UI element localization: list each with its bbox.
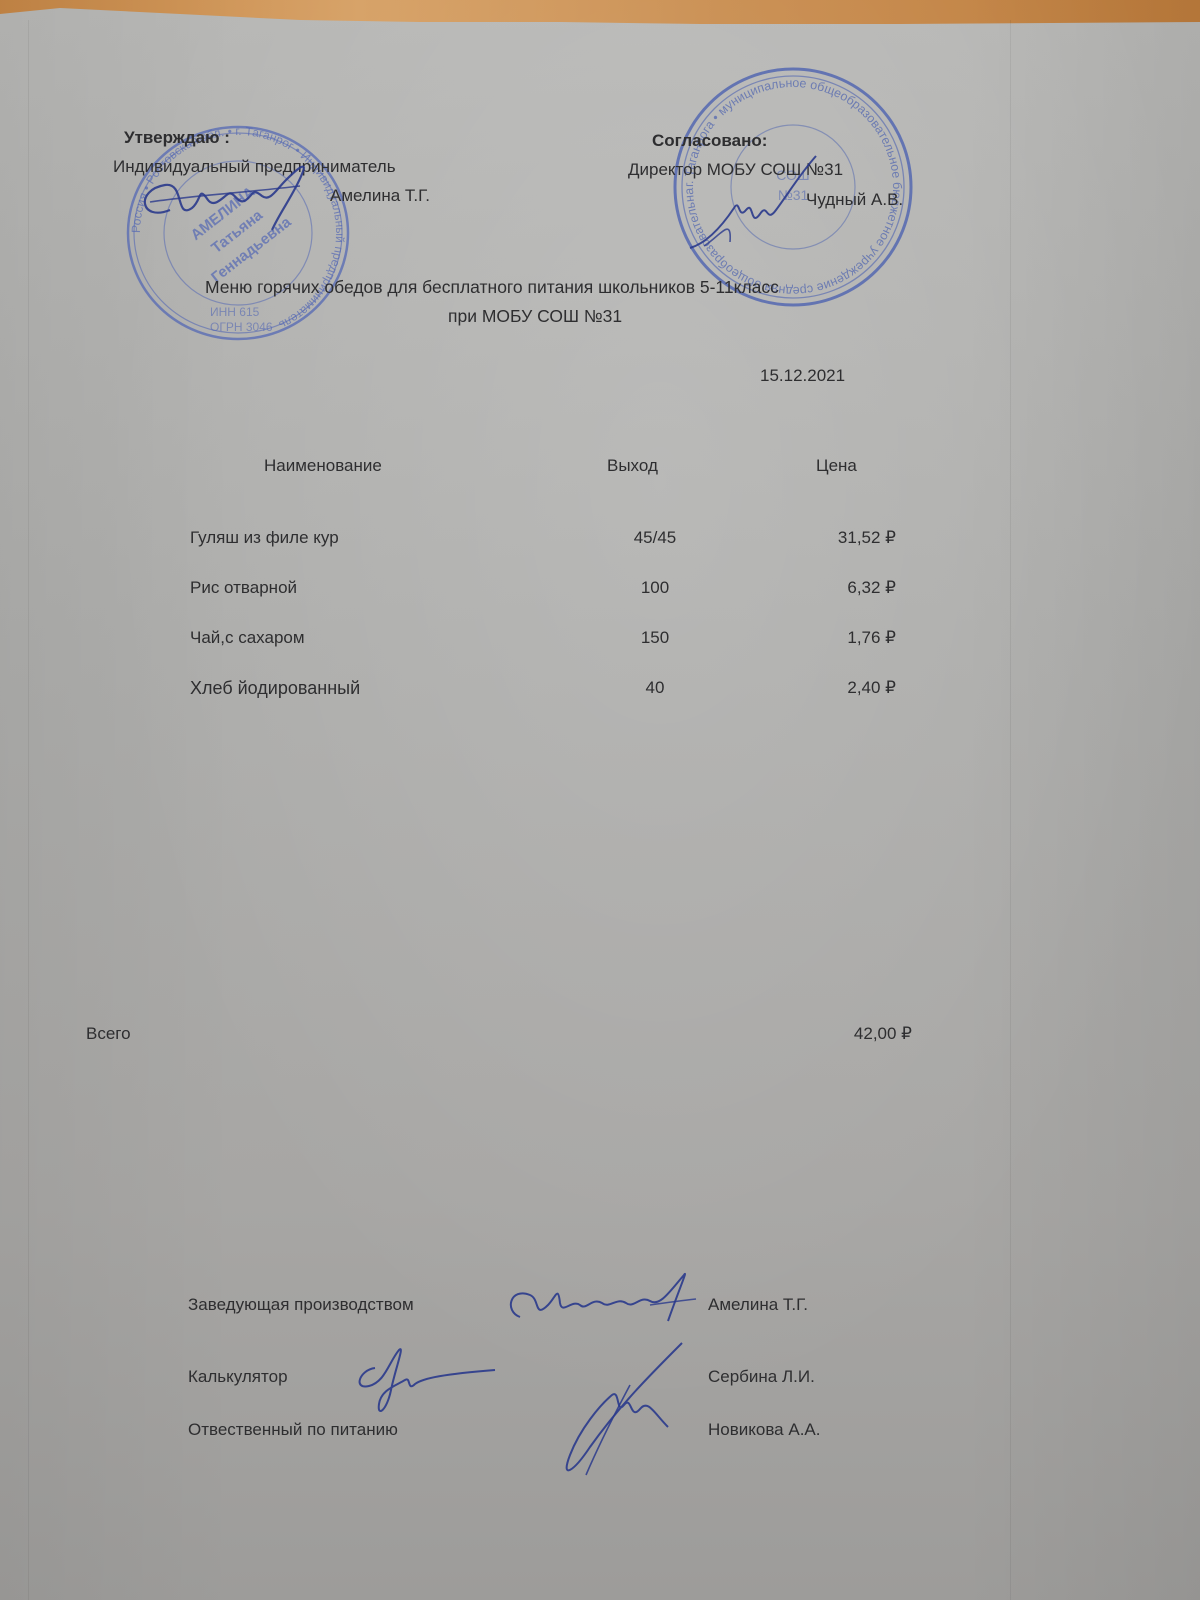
dish-yield: 40 (610, 678, 700, 698)
column-header-price: Цена (816, 456, 857, 476)
document-sheet (0, 0, 1200, 1600)
total-value: 42,00 ₽ (780, 1024, 912, 1044)
approval-position: Индивидуальный предприниматель (113, 157, 396, 177)
dish-name: Рис отварной (190, 578, 297, 598)
dish-price: 2,40 ₽ (770, 678, 896, 698)
signatory-role: Заведующая производством (188, 1295, 414, 1315)
menu-date: 15.12.2021 (760, 366, 845, 386)
menu-subtitle: при МОБУ СОШ №31 (448, 306, 622, 326)
dish-yield: 150 (610, 628, 700, 648)
agreement-label: Согласовано: (652, 131, 767, 151)
column-header-name: Наименование (264, 456, 382, 476)
dish-name: Чай,с сахаром (190, 628, 305, 648)
dish-price: 1,76 ₽ (770, 628, 896, 648)
signatory-name: Сербина Л.И. (708, 1367, 815, 1387)
signatory-role: Отвественный по питанию (188, 1420, 398, 1440)
approval-name: Амелина Т.Г. (330, 186, 430, 206)
dish-yield: 100 (610, 578, 700, 598)
menu-title: Меню горячих обедов для бесплатного пита… (205, 277, 779, 297)
dish-price: 6,32 ₽ (770, 578, 896, 598)
signatory-name: Новикова А.А. (708, 1420, 820, 1440)
total-label: Всего (86, 1024, 131, 1044)
dish-name: Хлеб йодированный (190, 678, 360, 698)
agreement-position: Директор МОБУ СОШ №31 (628, 160, 843, 180)
agreement-name: Чудный А.В. (806, 190, 903, 210)
dish-name: Гуляш из филе кур (190, 528, 339, 548)
column-header-yield: Выход (607, 456, 658, 476)
approval-label: Утверждаю : (124, 128, 230, 148)
dish-price: 31,52 ₽ (770, 528, 896, 548)
signatory-name: Амелина Т.Г. (708, 1295, 808, 1315)
signatory-role: Калькулятор (188, 1367, 288, 1387)
dish-yield: 45/45 (610, 528, 700, 548)
